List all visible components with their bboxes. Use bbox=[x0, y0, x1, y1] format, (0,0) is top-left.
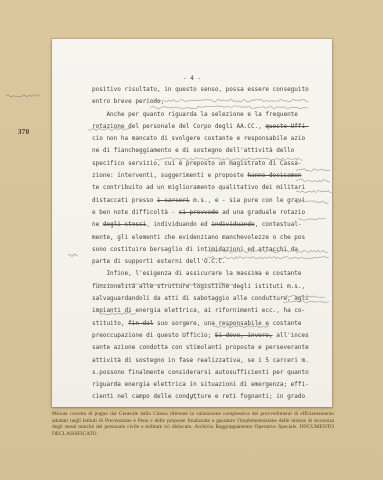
typed-line: sante azione condotta con stimolanti pro… bbox=[92, 342, 309, 354]
typed-line: preoccupazione di questo Ufficio; Si dev… bbox=[92, 330, 309, 342]
typed-line: distaccati presso i carceri m.s., e - si… bbox=[92, 195, 309, 207]
typed-line: impianti di energia elettrica, ai riforn… bbox=[92, 305, 309, 317]
typed-line: riguarda energia elettrica in situazioni… bbox=[92, 379, 309, 391]
typed-line: parte di supporti esterni dell'O.C.C. bbox=[92, 256, 309, 268]
book-photo-page: 370 - 4 - positivo risultato, in questo … bbox=[0, 0, 383, 480]
typed-line: entro breve periodo, bbox=[92, 96, 309, 108]
typed-line: positivo risultato, in questo senso, pos… bbox=[92, 84, 309, 96]
typed-line: specifico servizio, cui è preposto un ma… bbox=[92, 158, 309, 170]
typed-line: zione: interventi, suggerimenti e propos… bbox=[92, 170, 309, 182]
typed-line: ne degli stessi, individuando ed individ… bbox=[92, 219, 309, 231]
typed-line: funzionalità alle strutture logistiche d… bbox=[92, 281, 309, 293]
typed-line: rotazione del personale del Corpo degli … bbox=[92, 121, 309, 133]
typed-line: mente, gli elementi che evidenziano manc… bbox=[92, 232, 309, 244]
typed-text-block: positivo risultato, in questo senso, pos… bbox=[92, 84, 309, 404]
typed-line: Infine, l'esigenza di assicurare la mass… bbox=[92, 268, 309, 280]
photo-caption: Minuta corretta di pugno dal Generale da… bbox=[52, 411, 334, 437]
handwritten-margin-mark bbox=[6, 88, 40, 104]
typed-line: stituito, fin dal suo sorgere, una respo… bbox=[92, 318, 309, 330]
typed-line: salvaguardandoli da atti di sabotaggio a… bbox=[92, 293, 309, 305]
scanned-document-page: - 4 - positivo risultato, in questo sens… bbox=[52, 39, 332, 407]
book-page-number: 370 bbox=[18, 128, 29, 136]
typed-line: te contribuito ad un miglioramento quali… bbox=[92, 182, 309, 194]
typed-line: attività di sostegno in fase realizzativ… bbox=[92, 355, 309, 367]
typed-line: ne di fiancheggiamento e di sostegno del… bbox=[92, 145, 309, 157]
typed-line: s.possono finalmente considerarsi autosu… bbox=[92, 367, 309, 379]
typed-line: e ben note difficoltà - si provvede ad u… bbox=[92, 207, 309, 219]
typed-line: sono costituire bersaglio di intimidazio… bbox=[92, 244, 309, 256]
typed-line: Anche per quanto riguarda la selezione e… bbox=[92, 109, 309, 121]
typed-line: cio non ha mancato di svolgere costante … bbox=[92, 133, 309, 145]
document-page-number: - 4 - bbox=[52, 75, 332, 82]
continuation-mark: ./. bbox=[52, 394, 332, 401]
